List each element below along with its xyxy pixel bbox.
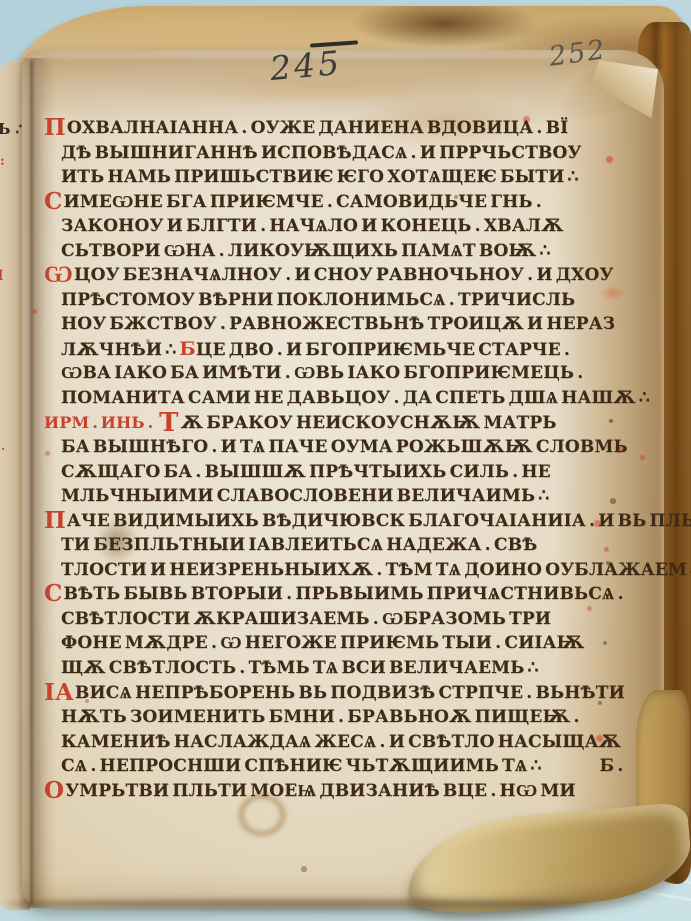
line-text: ЩѪ СВѢТЛОСТЬ . ТѢМЬ ТѦ ВСИ ВЕЛИЧАЕМЬ ∴ <box>61 658 539 678</box>
rubric-initial: С <box>44 580 64 607</box>
gutter-crease <box>30 60 33 906</box>
rubric-label: ИРМ . ИНЬ . <box>44 413 157 432</box>
text-line: ПРѢСТОМОУ ВѢРНИ ПОКЛОНИМЬСѦ . ТРИЧИСЛЬ <box>44 288 632 313</box>
text-line: ПОМАНИТА САМИ НЕ ДАВЬЦОУ . ДА СПЕТЬ ДШѦ … <box>44 386 632 411</box>
line-text: ДѢ ВЫШНИГАННѢ ИСПОВѢДАСѦ . И ПРРЧЬСТВОУ <box>61 143 582 163</box>
line-text: ИМЕѠНЕ БГА ПРИѤМЧЕ . САМОВИДЬЧЕ ГНЬ . <box>64 192 542 212</box>
line-text: СѦ . НЕПРОСНШИ СПѢНИѤ ЧЬТѪЩИИМЬ ТѦ ∴ <box>61 756 542 776</box>
cutoff-rubric-dot: · <box>1 442 5 456</box>
photo-scene: Ь ∴ : І · 245 252 ПОХВАЛНАІАННА . ОУЖЕ Д… <box>0 0 691 921</box>
text-line: ЗАКОНОУ И БЛГТИ . НАЧѦЛО И КОНЕЦЬ . ХВАЛ… <box>44 214 632 239</box>
text-line: ІАВИСѦ НЕПРѢБОРЕНЬ ВЬ ПОДВИЗѢ СТРПЧЕ . В… <box>44 681 632 706</box>
line-text: СЬТВОРИ ѠНА . ЛИКОУѬЩИХЬ ПАМѦТ ВОѬ ∴ <box>61 241 551 261</box>
text-line: СЬТВОРИ ѠНА . ЛИКОУѬЩИХЬ ПАМѦТ ВОѬ ∴ <box>44 239 632 264</box>
folio-number-left: 245 <box>268 43 343 88</box>
text-line: СВѢТЛОСТИ ѪКРАШИЗАЕМЬ . ѠБРАЗОМЬ ТРИ <box>44 607 632 632</box>
text-line: НѪТЬ ЗОИМЕНИТЬ БМНИ . БРАВЬНОѪ ПИЩЕѬ . <box>44 705 632 730</box>
line-text: АЧЕ ВИДИМЫИХЬ ВѢДИЧЮВСК БЛАГОЧАІАНИІА . … <box>67 511 691 531</box>
line-text: ѠВА ІАКО БА ИМѢТИ . ѠВЬ ІАКО БГОПРИѤМЕЦЬ… <box>61 363 583 383</box>
text-line: ОУМРЬТВИ ПЛЬТИ МОЕѨ ДВИЗАНИѢ ВЦЕ . НѠ МИ <box>44 779 632 804</box>
marginal-theotokion-mark: Б . <box>600 756 624 776</box>
line-text: СВѢТЛОСТИ ѪКРАШИЗАЕМЬ . ѠБРАЗОМЬ ТРИ <box>61 609 551 629</box>
rubric-initial: С <box>44 188 64 215</box>
text-line: СИМЕѠНЕ БГА ПРИѤМЧЕ . САМОВИДЬЧЕ ГНЬ . <box>44 190 632 215</box>
text-line: ѠВА ІАКО БА ИМѢТИ . ѠВЬ ІАКО БГОПРИѤМЕЦЬ… <box>44 361 632 386</box>
book-shadow <box>6 899 586 909</box>
line-text-tail: ЦЕ ДВО . И БГОПРИѤМЬЧЕ СТАРЧЕ . <box>196 340 570 360</box>
rubric-initial: О <box>44 777 65 804</box>
line-text: ТЛОСТИ И НЕИЗРЕНЬНЫИХѪ . ТѢМ ТѦ ДОИНО ОУ… <box>61 560 691 580</box>
line-text: ТИ БЕЗПЛЬТНЫИ ІАВЛЕИТЬСѦ НАДЕЖА . СВѢ <box>61 535 537 555</box>
text-block: ПОХВАЛНАІАННА . ОУЖЕ ДАНИЕНА ВДОВИЦА . В… <box>44 116 632 808</box>
text-line: МЛЬЧНЫИМИ СЛАВОСЛОВЕНИ ВЕЛИЧАИМЬ ∴ <box>44 484 632 509</box>
line-text: БА ВЫШНѢГО . И ТѦ ПАЧЕ ОУМА РОЖЬШѪѬ СЛОВ… <box>61 437 628 457</box>
line-text: СѪЩАГО БА . ВЫШШѪ ПРѢЧТЫИХЬ СИЛЬ . НЕ <box>61 462 551 482</box>
text-line: ФОНЕ МѪДРЕ . Ѡ НЕГОЖЕ ПРИѤМЬ ТЫИ . СИІАѬ <box>44 631 632 656</box>
text-line-rubric: ИРМ . ИНЬ . ТѪ БРАКОУ НЕИСКОУСНѪѬ МАТРЬ <box>44 411 632 436</box>
cutoff-rubric-letter: І <box>0 268 4 284</box>
text-line: ДѢ ВЫШНИГАННѢ ИСПОВѢДАСѦ . И ПРРЧЬСТВОУ <box>44 141 632 166</box>
rubric-initial: ІА <box>44 679 75 706</box>
text-line: ПАЧЕ ВИДИМЫИХЬ ВѢДИЧЮВСК БЛАГОЧАІАНИІА .… <box>44 509 632 534</box>
text-line: ИТЬ НАМЬ ПРИШЬСТВИѤ ѤГО ХОТѦЩЕѤ БЫТИ ∴ <box>44 165 632 190</box>
rubric-initial: П <box>44 114 67 141</box>
rubric-initial: Ѡ <box>44 261 74 288</box>
text-line: ТЛОСТИ И НЕИЗРЕНЬНЫИХѪ . ТѢМ ТѦ ДОИНО ОУ… <box>44 558 632 583</box>
line-text: ЛѪЧНѢИ ∴ <box>61 340 179 360</box>
text-line: ѠЦОУ БЕЗНАЧѦЛНОУ . И СНОУ РАВНОЧЬНОУ . И… <box>44 263 632 288</box>
text-line: СВѢТЬ БЫВЬ ВТОРЫИ . ПРЬВЫИМЬ ПРИЧѦСТНИВЬ… <box>44 582 632 607</box>
text-line: ТИ БЕЗПЛЬТНЫИ ІАВЛЕИТЬСѦ НАДЕЖА . СВѢ <box>44 533 632 558</box>
text-line: СѪЩАГО БА . ВЫШШѪ ПРѢЧТЫИХЬ СИЛЬ . НЕ <box>44 460 632 485</box>
line-text-tail: Ѫ БРАКОУ НЕИСКОУСНѪѬ МАТРЬ <box>181 413 557 433</box>
text-line: СѦ . НЕПРОСНШИ СПѢНИѤ ЧЬТѪЩИИМЬ ТѦ ∴Б . <box>44 754 632 779</box>
cutoff-rubric-mark: : <box>0 154 5 169</box>
line-text: ПОМАНИТА САМИ НЕ ДАВЬЦОУ . ДА СПЕТЬ ДШѦ … <box>61 388 650 408</box>
text-line: БА ВЫШНѢГО . И ТѦ ПАЧЕ ОУМА РОЖЬШѪѬ СЛОВ… <box>44 435 632 460</box>
line-text: НОУ БЖСТВОУ . РАВНОЖЕСТВЬНѢ ТРОИЦѪ И НЕР… <box>61 314 615 334</box>
line-text: ЗАКОНОУ И БЛГТИ . НАЧѦЛО И КОНЕЦЬ . ХВАЛ… <box>61 216 564 236</box>
line-text: ИТЬ НАМЬ ПРИШЬСТВИѤ ѤГО ХОТѦЩЕѤ БЫТИ ∴ <box>61 167 579 187</box>
line-text: ПРѢСТОМОУ ВѢРНИ ПОКЛОНИМЬСѦ . ТРИЧИСЛЬ <box>61 290 575 310</box>
line-text: ЦОУ БЕЗНАЧѦЛНОУ . И СНОУ РАВНОЧЬНОУ . И … <box>74 265 613 285</box>
line-text: ВИСѦ НЕПРѢБОРЕНЬ ВЬ ПОДВИЗѢ СТРПЧЕ . ВЬН… <box>75 683 625 703</box>
line-text: ФОНЕ МѪДРЕ . Ѡ НЕГОЖЕ ПРИѤМЬ ТЫИ . СИІАѬ <box>61 633 585 653</box>
text-line: ЩѪ СВѢТЛОСТЬ . ТѢМЬ ТѦ ВСИ ВЕЛИЧАЕМЬ ∴ <box>44 656 632 681</box>
line-text: КАМЕНИѢ НАСЛАЖДАѦ ЖЕСѦ . И СВѢТЛО НАСЫЩА… <box>61 732 621 752</box>
text-line: ЛѪЧНѢИ ∴ БЦЕ ДВО . И БГОПРИѤМЬЧЕ СТАРЧЕ … <box>44 337 632 362</box>
text-line: ПОХВАЛНАІАННА . ОУЖЕ ДАНИЕНА ВДОВИЦА . В… <box>44 116 632 141</box>
line-text: НѪТЬ ЗОИМЕНИТЬ БМНИ . БРАВЬНОѪ ПИЩЕѬ . <box>61 707 580 727</box>
line-text: УМРЬТВИ ПЛЬТИ МОЕѨ ДВИЗАНИѢ ВЦЕ . НѠ МИ <box>65 781 575 801</box>
text-line: КАМЕНИѢ НАСЛАЖДАѦ ЖЕСѦ . И СВѢТЛО НАСЫЩА… <box>44 730 632 755</box>
red-ink-specks <box>0 0 3 3</box>
rubric-drop-cap: Т <box>157 408 181 438</box>
rubric-initial: П <box>44 507 67 534</box>
text-line: НОУ БЖСТВОУ . РАВНОЖЕСТВЬНѢ ТРОИЦѪ И НЕР… <box>44 312 632 337</box>
rubric-mid-initial: Б <box>179 338 195 360</box>
line-text: МЛЬЧНЫИМИ СЛАВОСЛОВЕНИ ВЕЛИЧАИМЬ ∴ <box>61 486 549 506</box>
line-text: ОХВАЛНАІАННА . ОУЖЕ ДАНИЕНА ВДОВИЦА . ВЇ <box>67 118 568 138</box>
line-text: ВѢТЬ БЫВЬ ВТОРЫИ . ПРЬВЫИМЬ ПРИЧѦСТНИВЬС… <box>64 584 624 604</box>
